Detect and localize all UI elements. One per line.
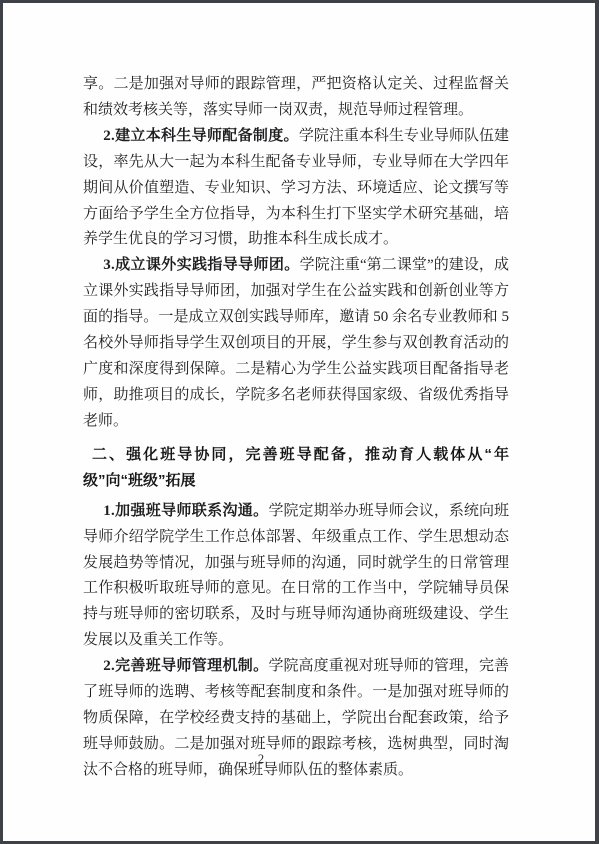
paragraph-item-b1: 1.加强班导师联系沟通。学院定期举办班导师会议，系统向班导师介绍学院学生工作总体… xyxy=(83,499,509,654)
paragraph-item-2: 2.建立本科生导师配备制度。学院注重本科生专业导师队伍建设，率先从大一起为本科生… xyxy=(83,124,509,254)
paragraph-lead: 2.完善班导师管理机制。 xyxy=(103,658,268,674)
paragraph-text: 享。二是加强对导师的跟踪管理，严把资格认定关、过程监督关和绩效考核关等，落实导师… xyxy=(83,76,509,118)
page-number: 2 xyxy=(3,752,519,767)
document-page: 享。二是加强对导师的跟踪管理，严把资格认定关、过程监督关和绩效考核关等，落实导师… xyxy=(3,3,595,841)
paragraph-text: 学院注重本科生专业导师队伍建设，率先从大一起为本科生配备专业导师，专业导师在大学… xyxy=(83,128,509,248)
paragraph-lead: 3.成立课外实践指导导师团。 xyxy=(103,257,299,273)
paragraph-continuation: 享。二是加强对导师的跟踪管理，严把资格认定关、过程监督关和绩效考核关等，落实导师… xyxy=(83,72,509,124)
section-heading: 二、强化班导协同，完善班导配备，推动育人载体从“年级”向“班级”拓展 xyxy=(83,442,509,495)
paragraph-lead: 2.建立本科生导师配备制度。 xyxy=(103,128,299,144)
paragraph-lead: 1.加强班导师联系沟通。 xyxy=(103,503,268,519)
paragraph-text: 学院定期举办班导师会议，系统向班导师介绍学院学生工作总体部署、年级重点工作、学生… xyxy=(83,503,509,649)
paragraph-item-3: 3.成立课外实践指导导师团。学院注重“第二课堂”的建设，成立课外实践指导导师团，… xyxy=(83,253,509,434)
paragraph-text: 学院注重“第二课堂”的建设，成立课外实践指导导师团，加强对学生在公益实践和创新创… xyxy=(83,257,509,428)
page-content: 享。二是加强对导师的跟踪管理，严把资格认定关、过程监督关和绩效考核关等，落实导师… xyxy=(83,72,509,784)
